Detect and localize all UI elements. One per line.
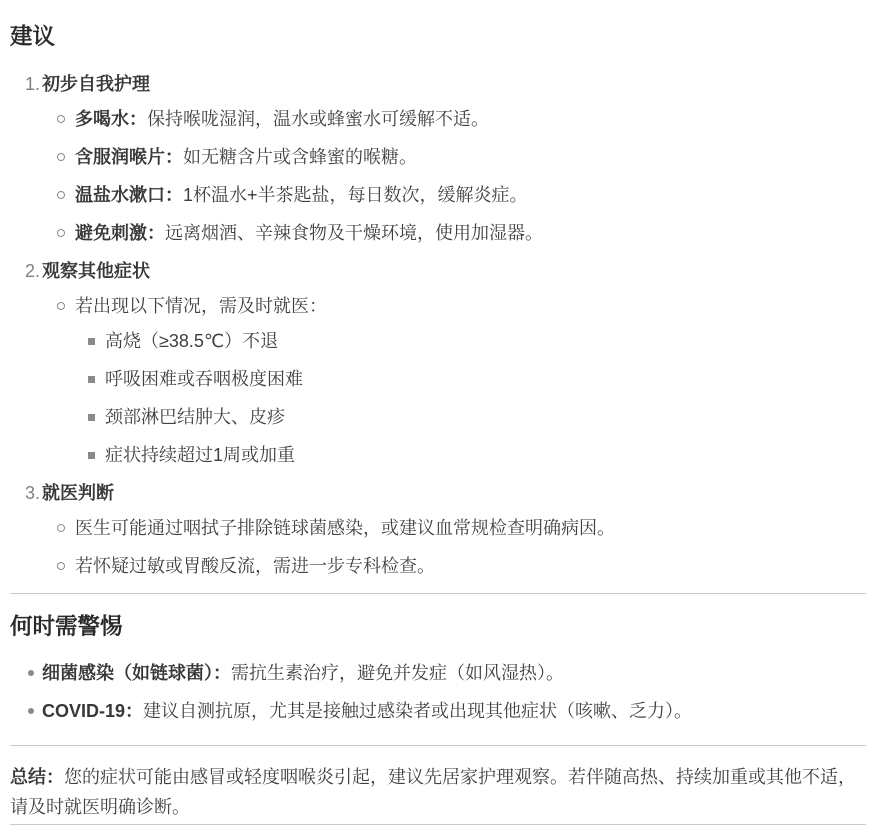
section-divider: [10, 593, 866, 594]
advice-ordered-list: 1. 初步自我护理 多喝水：保持喉咙湿润，温水或蜂蜜水可缓解不适。 含服润喉片：…: [10, 69, 866, 581]
summary-label: 总结：: [10, 767, 64, 787]
list-number: 3.: [10, 478, 42, 508]
item-term: 细菌感染（如链球菌）：: [42, 663, 231, 683]
circle-bullet-icon: [57, 524, 65, 532]
square-bullet-icon: [88, 338, 95, 345]
circle-bullet-icon: [57, 302, 65, 310]
item-text: 症状持续超过1周或加重: [105, 445, 295, 465]
item-text: 保持喉咙湿润，温水或蜂蜜水可缓解不适。: [147, 109, 489, 129]
item-text: 医生可能通过咽拭子排除链球菌感染，或建议血常规检查明确病因。: [75, 518, 615, 538]
disc-bullet-icon: [28, 670, 34, 676]
square-bullet-icon: [88, 414, 95, 421]
list-item: 症状持续超过1周或加重: [75, 440, 866, 470]
item-text: 远离烟酒、辛辣食物及干燥环境，使用加湿器。: [165, 223, 543, 243]
list-item: 颈部淋巴结肿大、皮疹: [75, 402, 866, 432]
item-term: COVID-19：: [42, 701, 143, 721]
list-item: 若怀疑过敏或胃酸反流，需进一步专科检查。: [42, 551, 866, 581]
doctor-sublist: 医生可能通过咽拭子排除链球菌感染，或建议血常规检查明确病因。 若怀疑过敏或胃酸反…: [42, 513, 866, 581]
circle-bullet-icon: [57, 153, 65, 161]
advice-item-title: 初步自我护理: [42, 74, 150, 94]
list-item: 温盐水漱口：1杯温水+半茶匙盐，每日数次，缓解炎症。: [42, 180, 866, 210]
section-divider: [10, 745, 866, 746]
list-item: 高烧（≥38.5℃）不退: [75, 326, 866, 356]
list-item: 若出现以下情况，需及时就医： 高烧（≥38.5℃）不退 呼吸困难或吞咽极度困难: [42, 291, 866, 470]
list-item: 医生可能通过咽拭子排除链球菌感染，或建议血常规检查明确病因。: [42, 513, 866, 543]
summary-paragraph: 总结：您的症状可能由感冒或轻度咽喉炎引起，建议先居家护理观察。若伴随高热、持续加…: [10, 762, 866, 822]
item-term: 多喝水：: [75, 109, 147, 129]
item-text: 建议自测抗原，尤其是接触过感染者或出现其他症状（咳嗽、乏力）。: [143, 701, 692, 721]
list-item: 含服润喉片：如无糖含片或含蜂蜜的喉糖。: [42, 142, 866, 172]
section-heading-warning: 何时需警惕: [10, 611, 866, 642]
circle-bullet-icon: [57, 229, 65, 237]
symptoms-sublist: 若出现以下情况，需及时就医： 高烧（≥38.5℃）不退 呼吸困难或吞咽极度困难: [42, 291, 866, 470]
square-bullet-icon: [88, 376, 95, 383]
square-bullet-icon: [88, 452, 95, 459]
section-heading-advice: 建议: [10, 21, 866, 52]
item-text: 需抗生素治疗，避免并发症（如风湿热）。: [231, 663, 564, 683]
advice-item-3: 3. 就医判断 医生可能通过咽拭子排除链球菌感染，或建议血常规检查明确病因。 若…: [10, 478, 866, 581]
bottom-divider: [10, 824, 866, 825]
item-text: 高烧（≥38.5℃）不退: [105, 331, 278, 351]
item-text: 1杯温水+半茶匙盐，每日数次，缓解炎症。: [183, 185, 528, 205]
seek-care-sublist: 高烧（≥38.5℃）不退 呼吸困难或吞咽极度困难 颈部淋巴结肿大、皮疹: [75, 326, 866, 470]
list-item: 多喝水：保持喉咙湿润，温水或蜂蜜水可缓解不适。: [42, 104, 866, 134]
list-item: 细菌感染（如链球菌）：需抗生素治疗，避免并发症（如风湿热）。: [10, 658, 866, 688]
item-text: 颈部淋巴结肿大、皮疹: [105, 407, 285, 427]
circle-bullet-icon: [57, 191, 65, 199]
advice-item-title: 观察其他症状: [42, 261, 150, 281]
warning-list: 细菌感染（如链球菌）：需抗生素治疗，避免并发症（如风湿热）。 COVID-19：…: [10, 658, 866, 726]
list-number: 2.: [10, 256, 42, 286]
list-item: 呼吸困难或吞咽极度困难: [75, 364, 866, 394]
list-item: COVID-19：建议自测抗原，尤其是接触过感染者或出现其他症状（咳嗽、乏力）。: [10, 696, 866, 726]
circle-bullet-icon: [57, 115, 65, 123]
circle-bullet-icon: [57, 562, 65, 570]
item-text: 如无糖含片或含蜂蜜的喉糖。: [183, 147, 417, 167]
summary-text: 您的症状可能由感冒或轻度咽喉炎引起，建议先居家护理观察。若伴随高热、持续加重或其…: [10, 767, 856, 817]
item-term: 含服润喉片：: [75, 147, 183, 167]
list-number: 1.: [10, 69, 42, 99]
item-text: 若怀疑过敏或胃酸反流，需进一步专科检查。: [75, 556, 435, 576]
advice-item-2: 2. 观察其他症状 若出现以下情况，需及时就医： 高烧（≥38.5℃）不退: [10, 256, 866, 470]
self-care-sublist: 多喝水：保持喉咙湿润，温水或蜂蜜水可缓解不适。 含服润喉片：如无糖含片或含蜂蜜的…: [42, 104, 866, 248]
list-item: 避免刺激：远离烟酒、辛辣食物及干燥环境，使用加湿器。: [42, 218, 866, 248]
item-term: 避免刺激：: [75, 223, 165, 243]
advice-item-title: 就医判断: [42, 483, 114, 503]
item-term: 温盐水漱口：: [75, 185, 183, 205]
item-text: 若出现以下情况，需及时就医：: [75, 296, 327, 316]
advice-item-1: 1. 初步自我护理 多喝水：保持喉咙湿润，温水或蜂蜜水可缓解不适。 含服润喉片：…: [10, 69, 866, 248]
item-text: 呼吸困难或吞咽极度困难: [105, 369, 303, 389]
document-body: 建议 1. 初步自我护理 多喝水：保持喉咙湿润，温水或蜂蜜水可缓解不适。 含服润…: [0, 0, 876, 825]
disc-bullet-icon: [28, 708, 34, 714]
